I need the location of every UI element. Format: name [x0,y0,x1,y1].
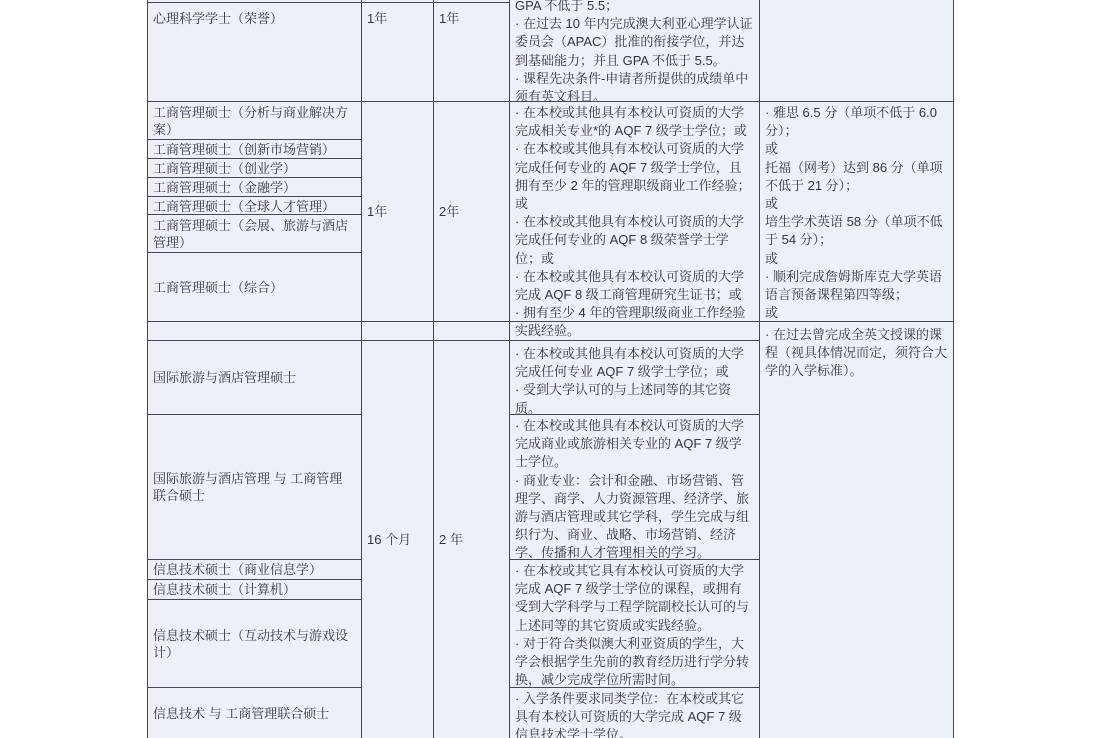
requirement-item: · 在本校或其他具有本校认可资质的大学完成任何专业 AQF 7 级学士学位；或 [515,345,753,381]
requirement-item: · 在本校或其他具有本校认可资质的大学完成相关专业*的 AQF 7 级学士学位；… [515,104,753,140]
requirement-item: · 在本校或其他具有本校认可资质的大学完成 AQF 8 级工商管理研究生证书；或 [515,268,753,304]
cell-duration1-psychology: 1年 [362,3,434,102]
cell-requirements-tourism-joint: · 在本校或其他具有本校认可资质的大学完成商业或旅游相关专业的 AQF 7 级学… [510,415,760,560]
cell-requirements-it: · 在本校或其它具有本校认可资质的大学完成 AQF 7 级学士学位的课程，或拥有… [510,560,760,688]
cell-program-mba-3: 工商管理硕士（创业学） [148,159,362,178]
english-requirement-line: 或 [765,195,947,213]
english-requirement-line: 或 [765,304,947,322]
cell-program-mba-5: 工商管理硕士（全球人才管理） [148,197,362,215]
cell-requirements-it-joint: · 入学条件要求同类学位：在本校或其它具有本校认可资质的大学完成 AQF 7 级… [510,688,760,738]
english-requirement-line: · 雅思 6.5 分（单项不低于 6.0 分）； [765,104,947,140]
english-requirement-line: 培生学术英语 58 分（单项不低于 54 分）； [765,213,947,249]
cell-duration1-lower: 16 个月 [362,341,434,738]
english-requirement-line: 或 [765,140,947,158]
page: 心理科学学士（荣誉） 1年 1年 GPA 不低于 5.5； · 在过去 10 年… [0,0,1100,738]
cell-english-psychology-empty [760,0,954,102]
cell-program-it-3: 信息技术硕士（互动技术与游戏设计） [148,600,362,688]
english-requirement-line: 或 [765,250,947,268]
requirement-item: GPA 不低于 5.5； [515,0,753,15]
requirement-item: · 在本校或其他具有本校认可资质的大学完成商业或旅游相关专业的 AQF 7 级学… [515,417,753,472]
cell-english-alternative: · 在过去曾完成全英文授课的课程（视具体情况而定，须符合大学的入学标准）。 [760,322,954,738]
cell-program-psychology: 心理科学学士（荣誉） [148,3,362,102]
cell-duration2-mba: 2年 [434,102,510,322]
requirement-item: · 在过去 10 年内完成澳大利亚心理学认证委员会（APAC）批准的衔接学位，并… [515,15,753,70]
cell-program-it-2: 信息技术硕士（计算机） [148,580,362,600]
cell-program-mba-6: 工商管理硕士（会展、旅游与酒店管理） [148,215,362,253]
cell-program-mba-7: 工商管理硕士（综合） [148,253,362,322]
requirement-item: · 在本校或其他具有本校认可资质的大学完成任何专业的 AQF 8 级荣誉学士学位… [515,213,753,268]
requirement-item: · 入学条件要求同类学位：在本校或其它具有本校认可资质的大学完成 AQF 7 级… [515,690,753,738]
cell-requirements-tourism: · 在本校或其他具有本校认可资质的大学完成任何专业 AQF 7 级学士学位；或 … [510,341,760,415]
admissions-table: 心理科学学士（荣誉） 1年 1年 GPA 不低于 5.5； · 在过去 10 年… [147,0,954,738]
requirement-item: · 在本校或其它具有本校认可资质的大学完成 AQF 7 级学士学位的课程，或拥有… [515,562,753,635]
requirement-item: · 课程先决条件-申请者所提供的成绩单中须有英文科目。 [515,70,753,102]
english-requirement-line: · 顺利完成詹姆斯库克大学英语语言预备课程第四等级； [765,268,947,304]
cell-program-mba-4: 工商管理硕士（金融学） [148,178,362,197]
requirement-item: · 在本校或其他具有本校认可资质的大学完成任何专业的 AQF 7 级学士学位，且… [515,140,753,213]
cell-requirements-mba: · 在本校或其他具有本校认可资质的大学完成相关专业*的 AQF 7 级学士学位；… [510,102,760,322]
requirement-item: · 商业专业：会计和金融、市场营销、管理学、商学、人力资源管理、经济学、旅游与酒… [515,472,753,560]
cell-requirements-psychology: GPA 不低于 5.5； · 在过去 10 年内完成澳大利亚心理学认证委员会（A… [510,0,760,102]
cell-duration2-psychology: 1年 [434,3,510,102]
english-requirement-line: 托福（网考）达到 86 分（单项不低于 21 分）； [765,159,947,195]
cell-program-tourism: 国际旅游与酒店管理硕士 [148,341,362,415]
cell-program-mba-2: 工商管理硕士（创新市场营销） [148,140,362,159]
english-requirement-line: · 在过去曾完成全英文授课的课程（视具体情况而定，须符合大学的入学标准）。 [765,326,947,381]
cell-empty [362,322,434,341]
cell-program-mba-1: 工商管理硕士（分析与商业解决方案） [148,102,362,140]
cell-program-tourism-joint: 国际旅游与酒店管理 与 工商管理联合硕士 [148,415,362,560]
cell-empty [434,322,510,341]
cell-duration2-lower: 2 年 [434,341,510,738]
cell-english-mba: · 雅思 6.5 分（单项不低于 6.0 分）； 或 托福（网考）达到 86 分… [760,102,954,322]
requirement-item: · 拥有至少 4 年的管理职级商业工作经验**，并经课程协调员同意；或 [515,304,753,322]
cell-program-it-1: 信息技术硕士（商业信息学） [148,560,362,580]
cell-requirements-mba-continued: 实践经验。 [510,322,760,341]
requirement-item: · 对于符合类似澳大利亚资质的学生，大学会根据学生先前的教育经历进行学分转换，减… [515,635,753,688]
requirement-item: · 受到大学认可的与上述同等的其它资质。 [515,381,753,415]
cell-duration1-mba: 1年 [362,102,434,322]
cell-empty [148,322,362,341]
cell-program-it-joint: 信息技术 与 工商管理联合硕士 [148,688,362,738]
